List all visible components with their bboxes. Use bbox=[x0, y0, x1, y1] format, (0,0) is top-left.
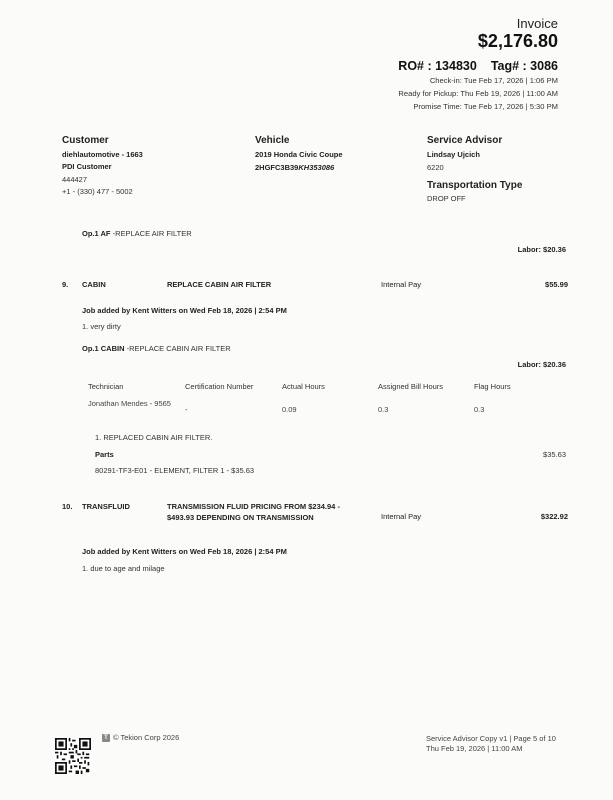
prev-op-code: Op.1 AF bbox=[82, 229, 110, 238]
part-line: 80291-TF3-E01 - ELEMENT, FILTER 1 - $35.… bbox=[95, 466, 254, 475]
td-actual-hours: 0.09 bbox=[282, 405, 297, 415]
job-added-by: Job added by Kent Witters on Wed Feb 18,… bbox=[82, 547, 287, 556]
job-description: TRANSMISSION FLUID PRICING FROM $234.94 … bbox=[167, 502, 362, 523]
job-code: TRANSFLUID bbox=[82, 502, 130, 511]
th-assigned-bill-hours: Assigned Bill Hours bbox=[378, 382, 443, 391]
vin-suffix: KH353086 bbox=[298, 163, 334, 172]
customer-section: Customer diehlautomotive - 1663 PDI Cust… bbox=[62, 135, 143, 199]
transportation-label: Transportation Type bbox=[427, 180, 522, 191]
td-assigned-bill-hours: 0.3 bbox=[378, 405, 388, 415]
ready-for-pickup: Ready for Pickup: Thu Feb 19, 2026 | 11:… bbox=[398, 89, 558, 98]
td-technician: Jonathan Mendes - 9565 bbox=[88, 399, 178, 409]
customer-name: diehlautomotive - 1663 bbox=[62, 149, 143, 162]
customer-label: Customer bbox=[62, 135, 143, 146]
parts-label: Parts bbox=[95, 450, 114, 459]
job-number: 10. bbox=[62, 502, 72, 511]
th-technician: Technician bbox=[88, 382, 123, 391]
transportation-value: DROP OFF bbox=[427, 193, 522, 206]
job-description: REPLACE CABIN AIR FILTER bbox=[167, 280, 271, 289]
invoice-total: $2,176.80 bbox=[478, 31, 558, 52]
qr-code bbox=[55, 738, 91, 774]
service-advisor-name: Lindsay Ujcich bbox=[427, 149, 522, 162]
th-flag-hours: Flag Hours bbox=[474, 382, 511, 391]
op-line: Op.1 CABIN -REPLACE CABIN AIR FILTER bbox=[82, 344, 231, 353]
job-amount: $322.92 bbox=[541, 512, 568, 521]
copy-info: Service Advisor Copy v1 | Page 5 of 10 bbox=[426, 734, 556, 744]
job-concern: 1. very dirty bbox=[82, 322, 121, 331]
td-flag-hours: 0.3 bbox=[474, 405, 484, 415]
promise-time: Promise Time: Tue Feb 17, 2026 | 5:30 PM bbox=[413, 102, 558, 111]
op-desc: -REPLACE CABIN AIR FILTER bbox=[127, 344, 231, 353]
parts-total: $35.63 bbox=[543, 450, 566, 459]
op-code: Op.1 CABIN bbox=[82, 344, 125, 353]
ro-number: RO# : 134830 bbox=[398, 59, 477, 73]
vin-prefix: 2HGFC3B39 bbox=[255, 163, 298, 172]
vehicle-label: Vehicle bbox=[255, 135, 343, 146]
invoice-title: Invoice bbox=[517, 16, 558, 31]
tekion-logo-icon: T bbox=[102, 734, 110, 742]
customer-phone: +1 - (330) 477 - 5002 bbox=[62, 186, 143, 199]
tag-number: Tag# : 3086 bbox=[491, 59, 558, 73]
vehicle-section: Vehicle 2019 Honda Civic Coupe 2HGFC3B39… bbox=[255, 135, 343, 174]
job-pay-type: Internal Pay bbox=[381, 512, 421, 521]
job-number: 9. bbox=[62, 280, 68, 289]
vehicle-vin: 2HGFC3B39KH353086 bbox=[255, 162, 343, 175]
ro-tag-line: RO# : 134830Tag# : 3086 bbox=[398, 59, 558, 73]
job-amount: $55.99 bbox=[545, 280, 568, 289]
job-correction: 1. REPLACED CABIN AIR FILTER. bbox=[95, 433, 212, 442]
job-code: CABIN bbox=[82, 280, 106, 289]
customer-id: 444427 bbox=[62, 174, 143, 187]
th-certification: Certification Number bbox=[185, 382, 253, 391]
copyright: T© Tekion Corp 2026 bbox=[102, 733, 179, 743]
prev-op-desc: -REPLACE AIR FILTER bbox=[113, 229, 192, 238]
vehicle-description: 2019 Honda Civic Coupe bbox=[255, 149, 343, 162]
th-actual-hours: Actual Hours bbox=[282, 382, 325, 391]
customer-type: PDI Customer bbox=[62, 162, 143, 172]
job-added-by: Job added by Kent Witters on Wed Feb 18,… bbox=[82, 306, 287, 315]
td-certification: - bbox=[185, 405, 188, 415]
job-concern: 1. due to age and milage bbox=[82, 564, 165, 573]
copyright-text: © Tekion Corp 2026 bbox=[113, 733, 179, 742]
prev-labor: Labor: $20.36 bbox=[518, 245, 566, 254]
check-in: Check-in: Tue Feb 17, 2026 | 1:06 PM bbox=[430, 76, 558, 85]
printed-timestamp: Thu Feb 19, 2026 | 11:00 AM bbox=[426, 744, 522, 754]
job-labor: Labor: $20.36 bbox=[518, 360, 566, 369]
prev-op-line: Op.1 AF -REPLACE AIR FILTER bbox=[82, 229, 192, 238]
job-pay-type: Internal Pay bbox=[381, 280, 421, 289]
service-advisor-id: 6220 bbox=[427, 162, 522, 175]
service-advisor-section: Service Advisor Lindsay Ujcich 6220 Tran… bbox=[427, 135, 522, 206]
service-advisor-label: Service Advisor bbox=[427, 135, 522, 146]
